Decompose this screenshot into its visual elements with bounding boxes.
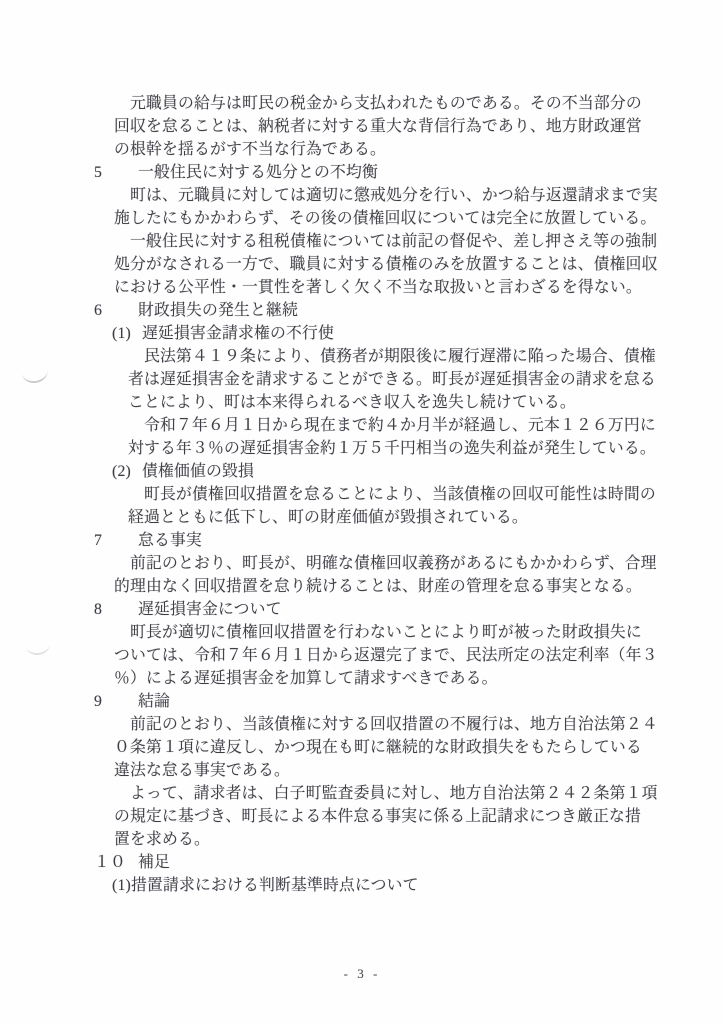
text-line: 町は、元職員に対しては適切に懲戒処分を行い、かつ給与返還請求まで実 — [114, 184, 680, 207]
text-line: 施したにもかかわらず、その後の債権回収については完全に放置している。 — [114, 207, 680, 230]
text-line: 経過とともに低下し、町の財産価値が毀損されている。 — [128, 506, 680, 529]
line-text: 財政損失の発生と継続 — [138, 302, 298, 319]
item-number: 8 — [94, 598, 138, 621]
text-line: ％）による遅延損害金を加算して請求すべきである。 — [114, 667, 680, 690]
line-text: 結論 — [138, 693, 170, 710]
item-number: 6 — [94, 299, 138, 322]
text-line: (2)債権価値の毀損 — [112, 460, 680, 483]
text-line: 者は遅延損害金を請求することができる。町長が遅延損害金の請求を怠る — [128, 368, 680, 391]
text-line: ついては、令和７年６月１日から返還完了まで、民法所定の法定利率（年３ — [114, 644, 680, 667]
text-line: 的理由なく回収措置を怠り続けることは、財産の管理を怠る事実となる。 — [114, 575, 680, 598]
item-number: (1) — [112, 322, 142, 345]
scan-artifact — [21, 365, 49, 384]
text-line: 町長が適切に債権回収措置を行わないことにより町が被った財政損失に — [114, 621, 680, 644]
text-line: 一般住民に対する租税債権については前記の督促や、差し押さえ等の強制 — [114, 230, 680, 253]
text-line: ことにより、町は本来得られるべき収入を逸失し続けている。 — [128, 391, 680, 414]
text-line: 置を求める。 — [114, 828, 680, 851]
item-number: 7 — [94, 529, 138, 552]
text-line: 対する年３％の遅延損害金約１万５千円相当の逸失利益が発生している。 — [128, 437, 680, 460]
section-heading: 8遅延損害金について — [94, 598, 680, 621]
text-line: 民法第４１９条により、債務者が期限後に履行遅滞に陥った場合、債権 — [128, 345, 680, 368]
line-text: 怠る事実 — [138, 532, 202, 549]
section-heading: 7怠る事実 — [94, 529, 680, 552]
item-number: １０ — [94, 851, 138, 874]
section-heading: 5一般住民に対する処分との不均衡 — [94, 161, 680, 184]
text-line: (1)措置請求における判断基準時点について — [112, 874, 680, 897]
text-line: 違法な怠る事実である。 — [114, 759, 680, 782]
text-line: 回収を怠ることは、納税者に対する重大な背信行為であり、地方財政運営 — [114, 115, 680, 138]
section-heading: １０補足 — [94, 851, 680, 874]
text-line: の根幹を揺るがす不当な行為である。 — [114, 138, 680, 161]
scan-artifact — [25, 640, 50, 656]
item-number: 5 — [94, 161, 138, 184]
document-page: 元職員の給与は町民の税金から支払われたものである。その不当部分の回収を怠ることは… — [0, 0, 724, 1023]
line-text: 補足 — [138, 854, 170, 871]
text-line: 町長が債権回収措置を怠ることにより、当該債権の回収可能性は時間の — [128, 483, 680, 506]
item-number: 9 — [94, 690, 138, 713]
text-line: 処分がなされる一方で、職員に対する債権のみを放置することは、債権回収 — [114, 253, 680, 276]
text-line: よって、請求者は、白子町監査委員に対し、地方自治法第２４２条第１項 — [114, 782, 680, 805]
text-line: の規定に基づき、町長による本件怠る事実に係る上記請求につき厳正な措 — [114, 805, 680, 828]
document-body: 元職員の給与は町民の税金から支払われたものである。その不当部分の回収を怠ることは… — [90, 92, 680, 897]
text-line: ０条第１項に違反し、かつ現在も町に継続的な財政損失をもたらしている — [114, 736, 680, 759]
line-text: 遅延損害金について — [138, 601, 282, 618]
text-line: 令和７年６月１日から現在まで約４か月半が経過し、元本１２６万円に — [128, 414, 680, 437]
text-line: 元職員の給与は町民の税金から支払われたものである。その不当部分の — [114, 92, 680, 115]
section-heading: 6財政損失の発生と継続 — [94, 299, 680, 322]
text-line: における公平性・一貫性を著しく欠く不当な取扱いと言わざるを得ない。 — [114, 276, 680, 299]
item-number: (2) — [112, 460, 142, 483]
text-line: (1)遅延損害金請求権の不行使 — [112, 322, 680, 345]
text-line: 前記のとおり、当該債権に対する回収措置の不履行は、地方自治法第２４ — [114, 713, 680, 736]
page-number: - 3 - — [0, 966, 724, 982]
line-text: 一般住民に対する処分との不均衡 — [138, 164, 378, 181]
line-text: 債権価値の毀損 — [142, 463, 254, 480]
line-text: 遅延損害金請求権の不行使 — [142, 325, 334, 342]
section-heading: 9結論 — [94, 690, 680, 713]
text-line: 前記のとおり、町長が、明確な債権回収義務があるにもかかわらず、合理 — [114, 552, 680, 575]
